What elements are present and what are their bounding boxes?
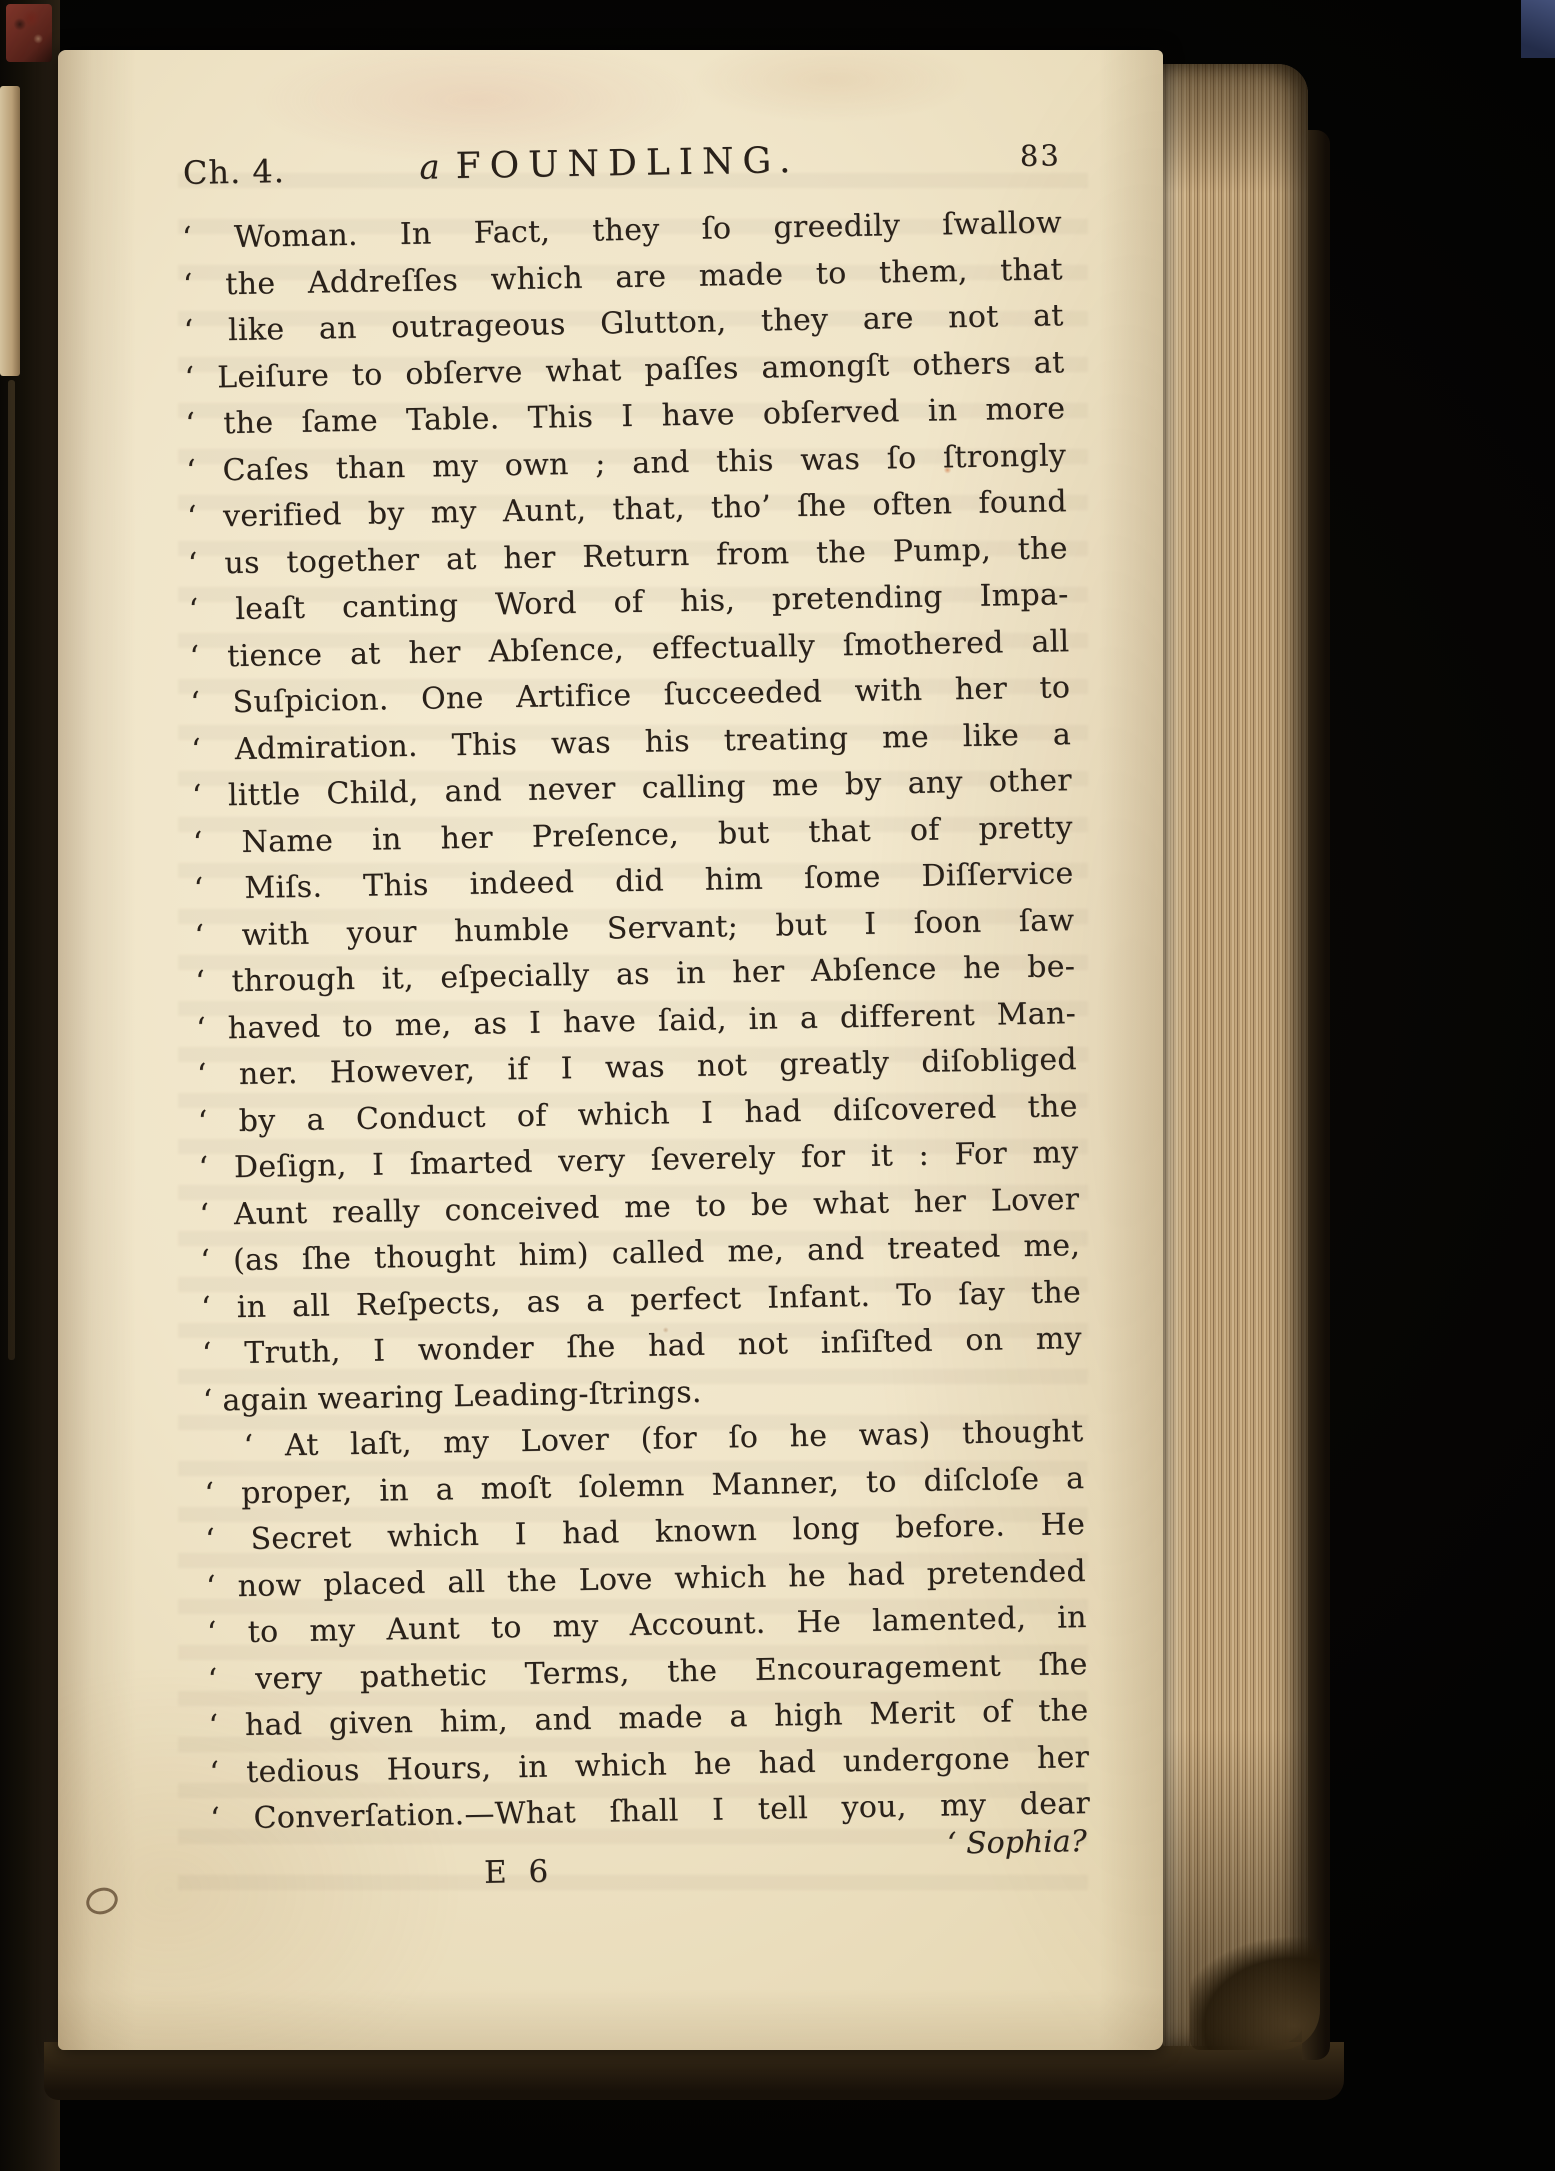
running-header: Ch. 4. aFOUNDLING. 83 [180,118,1061,198]
chapter-label: Ch. 4. [183,152,286,192]
book-cover-bottom-edge [44,2042,1344,2100]
gathering-signature: E 6 [484,1853,555,1890]
page-number: 83 [1020,138,1062,173]
catchword: ‘ Sophia? [947,1824,1087,1861]
body-text-lines: ‘ Woman. In Fact, they ſo greedily ſwall… [182,200,1091,1843]
page-stack-corner-shadow [1190,1930,1320,2050]
binding-edge-line [8,380,15,1360]
running-title-article: a [419,147,440,187]
marbled-endpaper-fragment [6,4,52,62]
page-stack-fore-edge [1160,64,1308,2046]
printed-text-block: Ch. 4. aFOUNDLING. 83 ‘ Woman. In Fact, … [180,118,1092,1939]
running-title: aFOUNDLING. [419,140,800,188]
scanned-book-photo: Ch. 4. aFOUNDLING. 83 ‘ Woman. In Fact, … [0,0,1555,2171]
running-title-caps: FOUNDLING. [455,140,799,187]
facing-page-edge [0,86,20,376]
book-page: Ch. 4. aFOUNDLING. 83 ‘ Woman. In Fact, … [58,50,1163,2050]
page-footer: E 6 ‘ Sophia? [211,1828,1093,1940]
corner-cloth-fragment [1521,0,1555,58]
